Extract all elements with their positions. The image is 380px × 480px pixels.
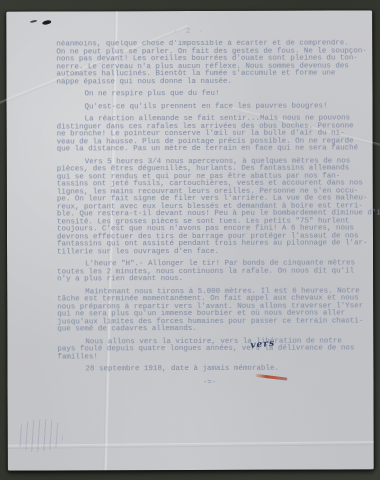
paragraph: Vers 5 heures 3/4 nous apercevons, à que… — [57, 158, 361, 257]
text-line: pays foulé depuis quatre longues années,… — [57, 345, 361, 354]
fold-crease-bottom — [8, 441, 374, 449]
paragraph: 28 septembre 1918, date à jamais mémorab… — [57, 365, 361, 374]
text-line: nappe épaisse qui nous donne la nausée. — [56, 78, 360, 87]
paragraph: On ne respire plus que du feu! — [56, 90, 360, 99]
text-line: On ne respire plus que du feu! — [56, 90, 360, 99]
text-line: que semé de cadavres allemands. — [57, 325, 361, 334]
paragraph: L'heure "H".- Allonger le tir! Par bonds… — [57, 260, 361, 284]
paragraph: Qu'est-ce qu'ils prennent en face les pa… — [57, 103, 361, 112]
document-page: - 2 - néanmoins, quelque chose d'impossi… — [6, 10, 374, 470]
text-line: n'y a plus rien devant nous. — [57, 275, 361, 284]
paragraph: Maintenant nous tirons à 5.000 mètres. I… — [57, 288, 361, 334]
paragraph: La réaction allemande se fait sentir...M… — [57, 115, 361, 154]
text-line: 28 septembre 1918, date à jamais mémorab… — [57, 365, 361, 374]
pencil-scribble-mark — [15, 417, 64, 454]
document-body: néanmoins, quelque chose d'impossible à … — [56, 40, 361, 387]
text-line: Qu'est-ce qu'ils prennent en face les pa… — [57, 103, 361, 112]
paragraph: Nous allons vers la victoire, vers la li… — [57, 338, 361, 362]
paragraph: néanmoins, quelque chose d'impossible à … — [56, 40, 360, 86]
ink-blot-mark — [42, 20, 51, 25]
scanned-document-screenshot: { "document": { "page_number": "- 2 -", … — [0, 0, 380, 480]
end-separator: -=- — [57, 378, 361, 387]
text-line: familles! — [57, 353, 361, 362]
text-line: que la distance. Pas un mètre de terrain… — [57, 145, 361, 154]
text-line: tillerie sur les ouvrages d'en face. — [57, 248, 361, 257]
page-number: - 2 - — [6, 27, 372, 36]
